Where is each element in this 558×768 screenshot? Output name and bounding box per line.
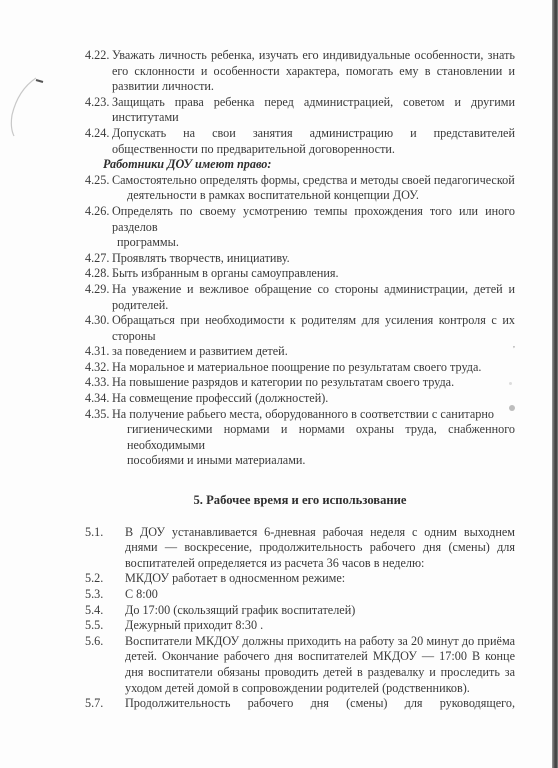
item-number: 4.22. xyxy=(85,48,112,95)
item-text: Продолжительность рабочего дня (смены) д… xyxy=(125,696,515,712)
list-item: 4.30. Обращаться при необходимости к род… xyxy=(85,313,515,344)
item-number: 4.30. xyxy=(85,313,112,344)
list-item: 5.1. В ДОУ устанавливается 6-дневная раб… xyxy=(85,525,515,572)
item-text: Определять по своему усмотрению темпы пр… xyxy=(112,204,515,235)
list-item: 4.31. за поведением и развитием детей. xyxy=(85,344,515,360)
list-item: 4.27. Проявлять творчеств, инициативу. xyxy=(85,251,515,267)
item-text: До 17:00 (скользящий график воспитателей… xyxy=(125,603,515,619)
item-number: 4.27. xyxy=(85,251,112,267)
item-number: 5.7. xyxy=(85,696,125,712)
item-number: 4.28. xyxy=(85,266,112,282)
item-text: Воспитатели МКДОУ должны приходить на ра… xyxy=(125,634,515,696)
item-text: Допускать на свои занятия администрацию … xyxy=(112,126,515,157)
list-item: 5.3. С 8:00 xyxy=(85,587,515,603)
scan-artifact-mark xyxy=(6,70,46,140)
item-text: В ДОУ устанавливается 6-дневная рабочая … xyxy=(125,525,515,572)
item-text: Дежурный приходит 8:30 . xyxy=(125,618,515,634)
item-number: 4.35. xyxy=(85,407,112,423)
list-item: 4.34. На совмещение профессий (должносте… xyxy=(85,391,515,407)
item-continuation: деятельности в рамках воспитательной кон… xyxy=(85,188,515,204)
item-text: На повышение разрядов и категории по рез… xyxy=(112,375,515,391)
subheading-rights: Работники ДОУ имеют право: xyxy=(85,157,515,173)
item-text: С 8:00 xyxy=(125,587,515,603)
item-number: 4.34. xyxy=(85,391,112,407)
item-number: 4.24. xyxy=(85,126,112,157)
item-number: 5.1. xyxy=(85,525,125,572)
item-number: 5.6. xyxy=(85,634,125,696)
item-text: МКДОУ работает в односменном режиме: xyxy=(125,571,515,587)
item-text: Уважать личность ребенка, изучать его ин… xyxy=(112,48,515,95)
scan-edge-shadow xyxy=(552,0,558,768)
list-item: 4.24. Допускать на свои занятия админист… xyxy=(85,126,515,157)
list-item: 4.35. На получение рабьего места, оборуд… xyxy=(85,407,515,423)
item-number: 4.33. xyxy=(85,375,112,391)
item-text: Самостоятельно определять формы, средств… xyxy=(112,173,515,189)
list-item: 4.33. На повышение разрядов и категории … xyxy=(85,375,515,391)
list-item: 5.6. Воспитатели МКДОУ должны приходить … xyxy=(85,634,515,696)
list-item: 4.29. На уважение и вежливое обращение с… xyxy=(85,282,515,313)
item-text: Проявлять творчеств, инициативу. xyxy=(112,251,515,267)
section-title: 5. Рабочее время и его использование xyxy=(85,493,515,509)
item-continuation: пособиями и иными материалами. xyxy=(85,453,515,469)
list-item: 5.2. МКДОУ работает в односменном режиме… xyxy=(85,571,515,587)
list-item: 4.26. Определять по своему усмотрению те… xyxy=(85,204,515,235)
item-text: На моральное и материальное поощрение по… xyxy=(112,360,515,376)
list-item: 5.4. До 17:00 (скользящий график воспита… xyxy=(85,603,515,619)
item-number: 5.5. xyxy=(85,618,125,634)
list-item: 5.5. Дежурный приходит 8:30 . xyxy=(85,618,515,634)
list-item: 4.32. На моральное и материальное поощре… xyxy=(85,360,515,376)
item-text: Быть избранным в органы самоуправления. xyxy=(112,266,515,282)
item-number: 4.31. xyxy=(85,344,112,360)
item-number: 5.4. xyxy=(85,603,125,619)
item-number: 4.25. xyxy=(85,173,112,189)
item-number: 5.3. xyxy=(85,587,125,603)
item-continuation: гигиеническими нормами и нормами охраны … xyxy=(85,422,515,453)
list-item: 4.23. Защищать права ребенка перед админ… xyxy=(85,95,515,126)
item-number: 4.26. xyxy=(85,204,112,235)
item-number: 4.29. xyxy=(85,282,112,313)
item-continuation: программы. xyxy=(85,235,515,251)
list-item: 4.25. Самостоятельно определять формы, с… xyxy=(85,173,515,189)
list-item: 4.28. Быть избранным в органы самоуправл… xyxy=(85,266,515,282)
list-item: 5.7. Продолжительность рабочего дня (сме… xyxy=(85,696,515,712)
item-number: 5.2. xyxy=(85,571,125,587)
item-text: На уважение и вежливое обращение со стор… xyxy=(112,282,515,313)
list-item: 4.22. Уважать личность ребенка, изучать … xyxy=(85,48,515,95)
item-text: На получение рабьего места, оборудованно… xyxy=(112,407,515,423)
document-body: 4.22. Уважать личность ребенка, изучать … xyxy=(85,48,515,712)
item-text: Защищать права ребенка перед администрац… xyxy=(112,95,515,126)
item-number: 4.23. xyxy=(85,95,112,126)
scanned-page: , 4.22. Уважать личность ребенка, изучат… xyxy=(0,0,558,768)
item-number: 4.32. xyxy=(85,360,112,376)
item-text: Обращаться при необходимости к родителям… xyxy=(112,313,515,344)
item-text: На совмещение профессий (должностей). xyxy=(112,391,515,407)
item-text: за поведением и развитием детей. xyxy=(112,344,515,360)
